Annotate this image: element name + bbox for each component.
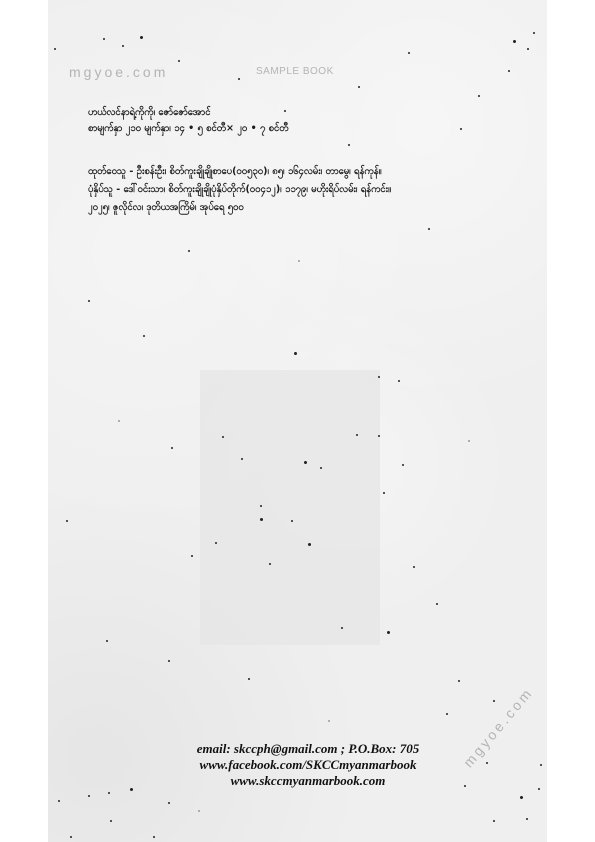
printer-info: ပုံနှိပ်သူ - ဒေါ်ဝင်းသာ၊ စိတ်ကူးချိုချို… <box>88 184 391 196</box>
facebook-link[interactable]: www.facebook.com/SKCCmyanmarbook <box>158 757 458 773</box>
website-link[interactable]: www.skccmyanmarbook.com <box>158 773 458 789</box>
watermark-sample-book: SAMPLE BOOK <box>256 66 334 77</box>
book-specs: စာမျက်နှာ ၂၁၀ မျက်နှာ၊ ၁၄ • ၅ စင်တီ× ၂၀ … <box>88 123 288 135</box>
watermark-site: mgyoe.com <box>69 64 168 80</box>
contact-block: email: skccph@gmail.com ; P.O.Box: 705 w… <box>158 741 458 789</box>
faint-image-region <box>200 370 380 645</box>
publisher-info: ထုတ်ဝေသူ - ဦးစန်းဦး၊ စိတ်ကူးချိုချိုစာပေ… <box>88 166 381 178</box>
scanned-page: mgyoe.com SAMPLE BOOK mgyoe.com ဟယ်လင်နာ… <box>48 0 547 842</box>
book-title-author: ဟယ်လင်နာရဲ့ကိုကို၊ ဇော်ဇော်အောင် <box>88 107 210 119</box>
contact-email: email: skccph@gmail.com ; P.O.Box: 705 <box>158 741 458 757</box>
edition-info: ၂၀၂၅၊ ဇူလိုင်လ၊ ဒုတိယအကြိမ်၊ အုပ်ရေ ၅၀၀ <box>88 202 244 214</box>
